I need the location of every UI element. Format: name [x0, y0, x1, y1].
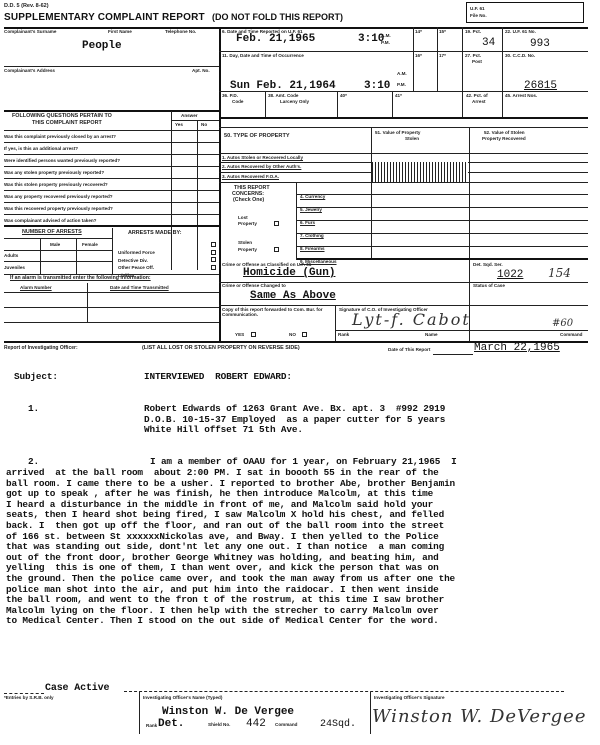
f6-date: Feb. 21,1965: [236, 33, 315, 45]
shield-label: Shield No.: [208, 722, 230, 727]
answer-grid: [171, 131, 220, 227]
list-property-note: (LIST ALL LOST OR STOLEN PROPERTY ON REV…: [142, 346, 300, 352]
subject-value: INTERVIEWED ROBERT EDWARD:: [144, 372, 292, 383]
officer-name: Winston W. De Vergee: [162, 706, 294, 718]
paragraph-1-number: 1.: [28, 404, 39, 415]
f36-label: 36. P.D.: [222, 93, 238, 98]
question-item: If yes, is this an additional arrest?: [4, 143, 171, 155]
paragraph-1: Robert Edwards of 1263 Grant Ave. Bx. ap…: [144, 404, 445, 436]
alarm-number-label: Alarm Number: [20, 285, 52, 290]
female-label: Female: [82, 242, 98, 247]
f27-label: 27. Pct.: [465, 53, 481, 58]
officer-rank: Det.: [158, 718, 184, 730]
paragraph-1-line: White Hill offset 71 5th Ave.: [144, 425, 445, 436]
property-row: 9. Miscellaneous: [297, 247, 588, 260]
co-signature: Lyt-f. Cabot: [352, 310, 471, 329]
autos-foa: 3. Autos Recovered F.O.A.: [222, 174, 279, 179]
telephone-label: Telephone No.: [165, 29, 196, 34]
f27-label-2: Post: [472, 59, 482, 64]
fold-instruction: (DO NOT FOLD THIS REPORT): [212, 12, 343, 22]
f41-label: 41*: [395, 93, 402, 98]
surname-value: People: [82, 40, 122, 52]
f42-label: 42. Pct. of: [466, 93, 488, 98]
lost-property-checkbox[interactable]: [274, 221, 279, 226]
f38-label: 38. Amt. Code: [268, 93, 298, 98]
questions-heading-2: THIS COMPLAINT REPORT: [32, 121, 102, 127]
crime-changed-label: Crime or Offense Changed to: [222, 283, 286, 288]
male-label: Male: [50, 242, 60, 247]
f6-pm: P.M.: [381, 40, 390, 45]
f36-label-2: Code: [232, 99, 243, 104]
command-label: Command: [560, 332, 582, 337]
property-row: 5. Jewelry: [297, 195, 588, 208]
alarm-instruction: If an alarm is transmitted enter the fol…: [10, 276, 151, 282]
paragraph-2-line: arrived at the ball room about 2:00 PM. …: [6, 468, 455, 479]
co-command-handwritten: #60: [552, 318, 573, 329]
concerns-3: (Check One): [233, 198, 264, 204]
form-code: D.D. 5 (Rev. 8-62): [4, 3, 49, 9]
f22-label: 22. U.F. 61 No.: [505, 29, 536, 34]
det-sqd-annotation: 154: [548, 266, 571, 280]
alarm-datetime-label: Date and Time Transmitted: [110, 285, 169, 290]
stolen-value-hatched: [372, 162, 468, 182]
command-value: 24Sqd.: [320, 719, 356, 730]
copy-no-label: NO: [289, 332, 296, 337]
first-name-label: First Name: [108, 29, 132, 34]
f52-label: 52. Value of Stolen: [484, 130, 525, 135]
made-by-civilian: Civilian: [118, 264, 218, 272]
f51-label-2: Stolen: [405, 136, 419, 141]
uf61-file-box: U.F. 61 File No.: [466, 2, 584, 23]
paragraph-2-number: 2.: [28, 457, 39, 468]
answer-no-label: No: [201, 122, 207, 127]
answer-yes-label: Yes: [175, 122, 183, 127]
name-label: Name: [425, 332, 438, 337]
f52-label-2: Property Recovered: [482, 136, 526, 141]
f16-label: 16*: [415, 53, 422, 58]
property-row: 4. Currency: [297, 182, 588, 195]
made-by-uniformed: Uniformed Force: [118, 241, 218, 249]
f6-am: A.M.: [381, 33, 391, 38]
juveniles-label: Juveniles: [4, 265, 25, 270]
question-item: Was this recovered property previously r…: [4, 203, 171, 215]
f19-value: 34: [482, 37, 495, 49]
surname-label: Complainant's Surname: [4, 29, 56, 34]
property-row: 6. Furs: [297, 208, 588, 221]
file-no-label: File No.: [470, 13, 487, 18]
paragraph-2-line: I am a member of OAAU for 1 year, on Feb…: [150, 457, 457, 468]
question-item: Were identified persons wanted previousl…: [4, 155, 171, 167]
question-item: Was complainant advised of action taken?: [4, 215, 171, 227]
report-date-value: March 22,1965: [474, 342, 560, 354]
det-sqd-label: Det. Sqd. Ser.: [473, 262, 503, 267]
f19-label: 19. Pct.: [465, 29, 481, 34]
property-row: 8. Firearms: [297, 234, 588, 247]
f45-label: 45. Arrest Nos.: [505, 93, 537, 98]
crime-classified-value: Homicide (Gun): [243, 267, 335, 279]
arrests-made-by-heading: ARRESTS MADE BY:: [128, 231, 182, 237]
copy-yes-label: YES: [235, 332, 244, 337]
f30-label: 30. C.C.D. No.: [505, 53, 535, 58]
property-row: 7. Clothing: [297, 221, 588, 234]
stolen-label-2: Property: [238, 247, 257, 252]
paragraph-2-line: the ground. Then the police came over, a…: [6, 574, 455, 585]
property-items: 4. Currency 5. Jewelry 6. Furs 7. Clothi…: [297, 182, 588, 260]
case-status: Case Active: [45, 684, 109, 695]
f51-label: 51. Value of Property: [375, 130, 420, 135]
copy-yes-checkbox[interactable]: [251, 332, 256, 337]
rank-label: Rank: [338, 332, 349, 337]
checkbox[interactable]: [211, 250, 216, 255]
lost-label: Lost: [238, 215, 248, 220]
arrests-made-by-list: Uniformed Force Detective Div. Other Pea…: [118, 241, 218, 271]
copy-forwarded-label: Copy of this report forwarded to Com. Bu…: [222, 307, 334, 317]
paragraph-2-line: back. I then got up off the floor, and r…: [6, 521, 455, 532]
shield-value: 442: [246, 718, 266, 730]
f11-label: 11. Day, Date and Time of Occurrence: [222, 53, 304, 58]
questions-list: Was this complaint previously closed by …: [4, 131, 171, 227]
copy-no-checkbox[interactable]: [302, 332, 307, 337]
question-item: Was any stolen property previously repor…: [4, 167, 171, 179]
stolen-label: Stolen: [238, 240, 252, 245]
f38-label-2: Larceny Only: [280, 99, 309, 104]
paragraph-2: arrived at the ball room about 2:00 PM. …: [6, 468, 455, 627]
paragraph-2-line: to Medical Center. Then I stood on the o…: [6, 616, 455, 627]
officer-signature-label: Investigating Officer's Signature: [374, 695, 445, 700]
status-of-case-label: Status of Case: [473, 283, 505, 288]
f11-am: A.M.: [397, 71, 407, 76]
det-sqd-value: 1022: [497, 269, 523, 281]
form-title: SUPPLEMENTARY COMPLAINT REPORT: [4, 12, 205, 23]
officer-rank-label: Rank: [146, 723, 157, 728]
officer-name-label: Investigating Officer's Name (Typed): [143, 695, 222, 700]
made-by-detective: Detective Div.: [118, 249, 218, 257]
address-label: Complainant's Address: [4, 68, 55, 73]
apt-label: Apt. No.: [192, 68, 210, 73]
question-item: Was this stolen property previously reco…: [4, 179, 171, 191]
autos-other-auth: 2. Autos Recovered by Other Auth's.: [222, 164, 301, 169]
checkbox[interactable]: [211, 257, 216, 262]
f15-label: 15*: [439, 29, 446, 34]
uf61-label: U.F. 61: [470, 6, 485, 11]
paragraph-1-line: Robert Edwards of 1263 Grant Ave. Bx. ap…: [144, 404, 445, 415]
lost-label-2: Property: [238, 221, 257, 226]
report-date-label: Date of This Report: [388, 347, 430, 352]
entries-note: *Entries by S.R.B. only: [4, 695, 54, 700]
f22-value: 993: [530, 38, 550, 50]
f40-label: 40*: [340, 93, 347, 98]
question-item: Was this complaint previously closed by …: [4, 131, 171, 143]
crime-changed-value: Same As Above: [250, 290, 336, 302]
made-by-other-peace-off: Other Peace Off.: [118, 256, 218, 264]
f11-pm: P.M.: [397, 82, 406, 87]
checkbox[interactable]: [211, 242, 216, 247]
stolen-property-checkbox[interactable]: [274, 247, 279, 252]
f42-label-2: Arrest: [472, 99, 486, 104]
checkbox[interactable]: [211, 265, 216, 270]
arrests-heading: NUMBER OF ARRESTS: [22, 230, 82, 236]
question-item: Was any property recovered previously re…: [4, 191, 171, 203]
f14-label: 14*: [415, 29, 422, 34]
autos-local: 1. Autos Stolen or Recovered Locally: [222, 155, 303, 160]
subject-label: Subject:: [14, 372, 58, 383]
answer-label: Answer: [181, 113, 198, 118]
report-officer-label: Report of Investigating Officer:: [4, 346, 78, 352]
officer-signature: Winston W. DeVergee: [372, 706, 586, 727]
adults-label: Adults: [4, 253, 18, 258]
command-footer-label: Command: [275, 722, 297, 727]
f50-label: 50. TYPE OF PROPERTY: [224, 133, 290, 139]
f17-label: 17*: [439, 53, 446, 58]
